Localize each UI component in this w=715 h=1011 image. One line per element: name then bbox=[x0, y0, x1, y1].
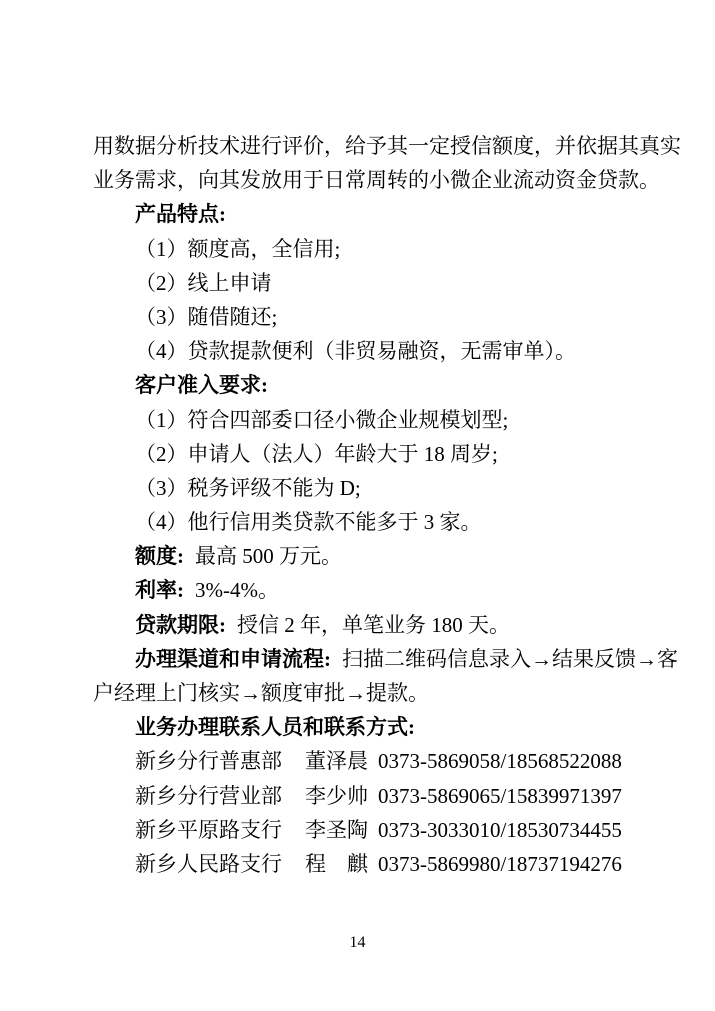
product-feature-item: （4）贷款提款便利（非贸易融资，无需审单）。 bbox=[93, 334, 693, 368]
customer-requirement-item: （1）符合四部委口径小微企业规模划型; bbox=[93, 403, 693, 437]
contact-branch: 新乡平原路支行 bbox=[135, 813, 305, 847]
process-line-2: 户经理上门核实→额度审批→提款。 bbox=[93, 676, 693, 710]
process-text: 扫描二维码信息录入→结果反馈→客 bbox=[342, 647, 678, 671]
intro-line-1: 用数据分析技术进行评价，给予其一定授信额度，并依据其真实 bbox=[93, 129, 693, 163]
customer-requirement-item: （2）申请人（法人）年龄大于 18 周岁; bbox=[93, 437, 693, 471]
contact-name: 董泽晨 bbox=[305, 744, 378, 778]
term-label: 额度: bbox=[135, 544, 184, 568]
contact-phone: 0373-5869980/18737194276 bbox=[378, 847, 693, 881]
contact-name: 李少帅 bbox=[305, 779, 378, 813]
term-value: 最高 500 万元。 bbox=[195, 544, 342, 568]
contact-name: 李圣陶 bbox=[305, 813, 378, 847]
contact-branch: 新乡分行普惠部 bbox=[135, 744, 305, 778]
term-value: 3%-4%。 bbox=[195, 578, 279, 602]
contact-phone: 0373-5869065/15839971397 bbox=[378, 779, 693, 813]
product-features-heading: 产品特点: bbox=[93, 197, 693, 231]
contact-phone: 0373-3033010/18530734455 bbox=[378, 813, 693, 847]
page-number: 14 bbox=[0, 933, 715, 953]
contact-branch: 新乡人民路支行 bbox=[135, 847, 305, 881]
term-value: 授信 2 年，单笔业务 180 天。 bbox=[237, 613, 510, 637]
product-feature-item: （1）额度高，全信用; bbox=[93, 232, 693, 266]
term-label: 贷款期限: bbox=[135, 613, 226, 637]
process-label: 办理渠道和申请流程: bbox=[135, 647, 331, 671]
product-feature-item: （3）随借随还; bbox=[93, 300, 693, 334]
customer-requirements-heading: 客户准入要求: bbox=[93, 368, 693, 402]
intro-line-2: 业务需求，向其发放用于日常周转的小微企业流动资金贷款。 bbox=[93, 163, 693, 197]
process-line-1: 办理渠道和申请流程:扫描二维码信息录入→结果反馈→客 bbox=[93, 642, 693, 676]
contacts-heading: 业务办理联系人员和联系方式: bbox=[93, 710, 693, 744]
page-content: 用数据分析技术进行评价，给予其一定授信额度，并依据其真实 业务需求，向其发放用于… bbox=[93, 129, 693, 881]
contact-row: 新乡分行普惠部董泽晨0373-5869058/18568522088 bbox=[93, 744, 693, 778]
contact-name: 程 麒 bbox=[305, 847, 378, 881]
term-label: 利率: bbox=[135, 578, 184, 602]
customer-requirement-item: （3）税务评级不能为 D; bbox=[93, 471, 693, 505]
term-line-duration: 贷款期限:授信 2 年，单笔业务 180 天。 bbox=[93, 608, 693, 642]
contact-row: 新乡人民路支行程 麒0373-5869980/18737194276 bbox=[93, 847, 693, 881]
contact-branch: 新乡分行营业部 bbox=[135, 779, 305, 813]
product-feature-item: （2）线上申请 bbox=[93, 266, 693, 300]
contact-row: 新乡平原路支行李圣陶0373-3033010/18530734455 bbox=[93, 813, 693, 847]
term-line-rate: 利率:3%-4%。 bbox=[93, 573, 693, 607]
document-page: 用数据分析技术进行评价，给予其一定授信额度，并依据其真实 业务需求，向其发放用于… bbox=[0, 0, 715, 1011]
customer-requirement-item: （4）他行信用类贷款不能多于 3 家。 bbox=[93, 505, 693, 539]
contact-row: 新乡分行营业部李少帅0373-5869065/15839971397 bbox=[93, 779, 693, 813]
contact-phone: 0373-5869058/18568522088 bbox=[378, 744, 693, 778]
term-line-amount: 额度:最高 500 万元。 bbox=[93, 539, 693, 573]
